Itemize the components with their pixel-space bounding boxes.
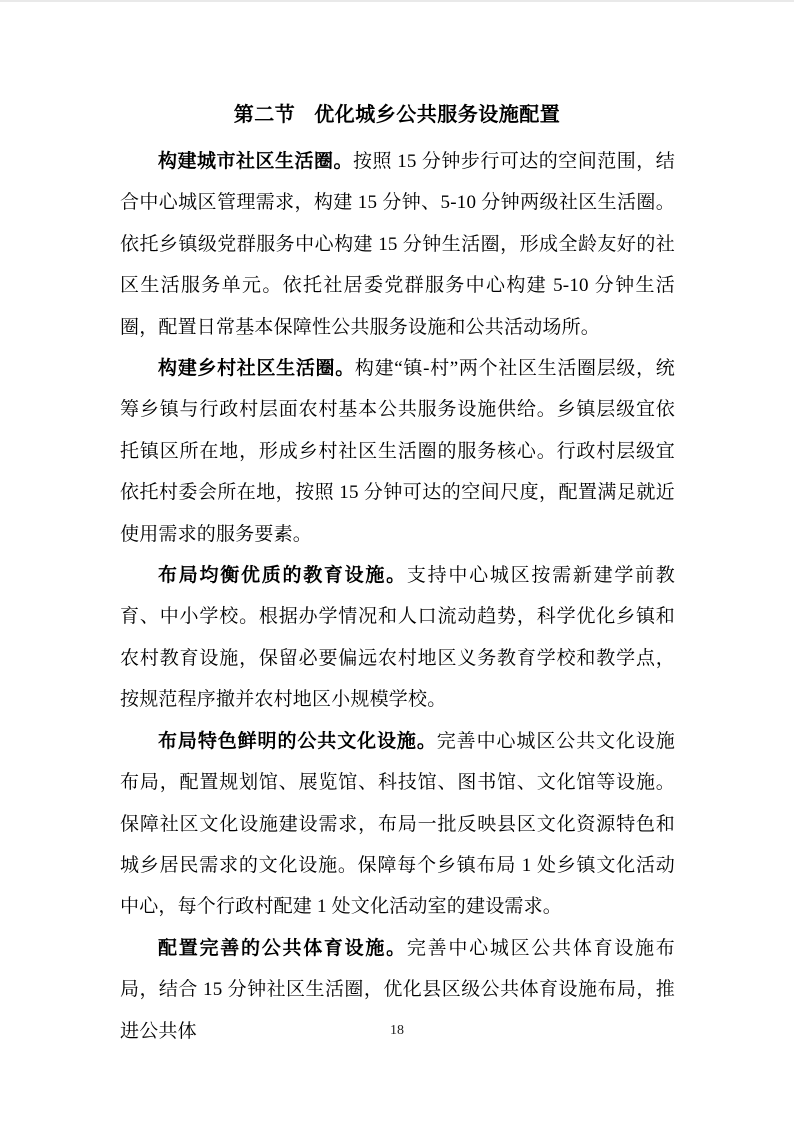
paragraph-lead: 构建城市社区生活圈。 <box>158 151 353 172</box>
paragraph-culture-facilities: 布局特色鲜明的公共文化设施。完善中心城区公共文化设施布局，配置规划馆、展览馆、科… <box>120 721 675 928</box>
section-label: 第二节 <box>234 104 296 126</box>
paragraph-text: 完善中心城区公共文化设施布局，配置规划馆、展览馆、科技馆、图书馆、文化馆等设施。… <box>120 731 675 918</box>
paragraph-lead: 构建乡村社区生活圈。 <box>158 358 355 379</box>
section-title: 优化城乡公共服务设施配置 <box>314 104 560 126</box>
paragraph-rural-living-circle: 构建乡村社区生活圈。构建“镇-村”两个社区生活圈层级，统筹乡镇与行政村层面农村基… <box>120 348 675 555</box>
paragraph-text: 支持中心城区按需新建学前教育、中小学校。根据办学情况和人口流动趋势，科学优化乡镇… <box>120 565 675 710</box>
paragraph-lead: 布局均衡优质的教育设施。 <box>158 565 407 586</box>
paragraph-lead: 配置完善的公共体育设施。 <box>158 938 407 959</box>
paragraph-education-facilities: 布局均衡优质的教育设施。支持中心城区按需新建学前教育、中小学校。根据办学情况和人… <box>120 555 675 721</box>
paragraph-text: 按照 15 分钟步行可达的空间范围，结合中心城区管理需求，构建 15 分钟、5-… <box>120 151 675 338</box>
paragraph-urban-living-circle: 构建城市社区生活圈。按照 15 分钟步行可达的空间范围，结合中心城区管理需求，构… <box>120 141 675 348</box>
page-number: 18 <box>0 1023 794 1039</box>
paragraph-lead: 布局特色鲜明的公共文化设施。 <box>158 731 437 752</box>
document-page: 第二节优化城乡公共服务设施配置 构建城市社区生活圈。按照 15 分钟步行可达的空… <box>0 0 794 1122</box>
paragraph-text: 构建“镇-村”两个社区生活圈层级，统筹乡镇与行政村层面农村基本公共服务设施供给。… <box>120 358 675 545</box>
document-body: 构建城市社区生活圈。按照 15 分钟步行可达的空间范围，结合中心城区管理需求，构… <box>120 141 675 1052</box>
section-heading: 第二节优化城乡公共服务设施配置 <box>0 2 794 128</box>
